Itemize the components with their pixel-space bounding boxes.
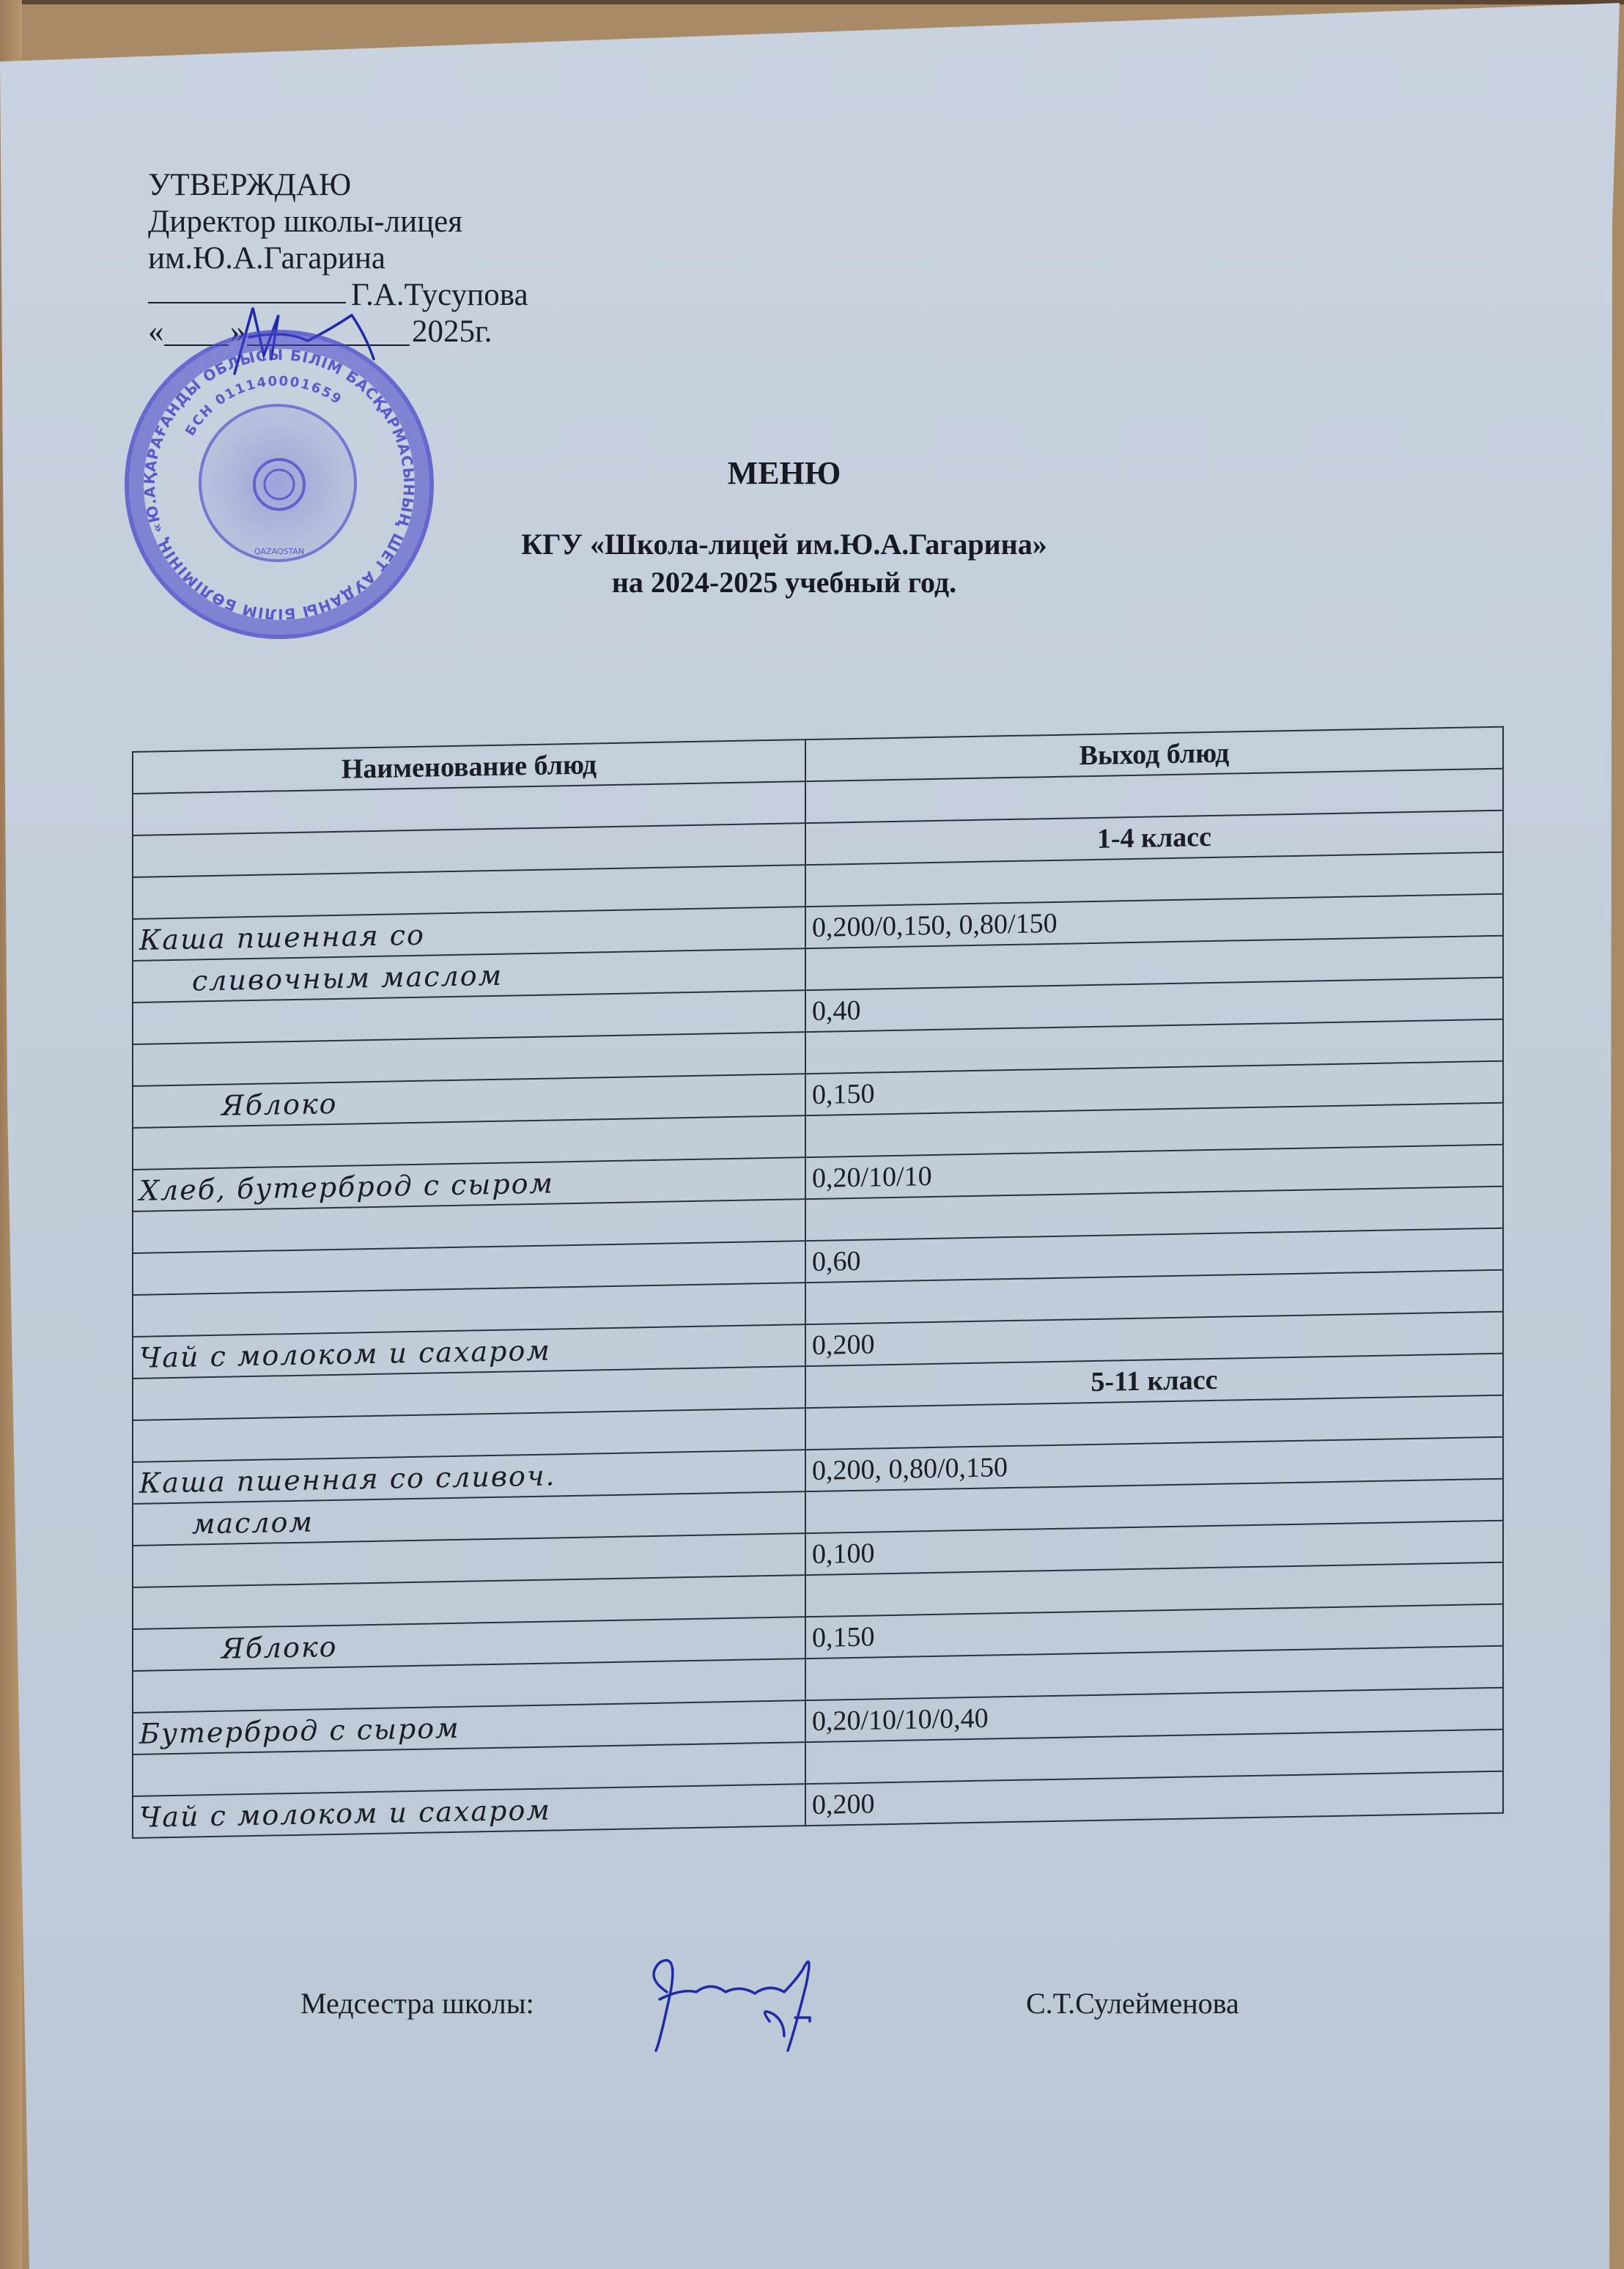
menu-table: Наименование блюд Выход блюд 1-4 классКа… [132,726,1504,1839]
official-stamp: ҚАРАҒАНДЫ ОБЛЫСЫ БІЛІМ БАСҚАРМАСЫНЫҢ ШЕТ… [125,330,434,639]
document-title-block: МЕНЮ КГУ «Школа-лицей им.Ю.А.Гагарина» н… [440,454,1129,602]
nurse-signature [638,1948,857,2058]
menu-table-container: Наименование блюд Выход блюд 1-4 классКа… [132,726,1502,1839]
nurse-name: С.Т.Сулейменова [1026,1986,1239,2021]
academic-year: на 2024-2025 учебный год. [440,564,1129,602]
approver-position-line1: Директор школы-лицея [148,204,462,240]
desk-background-top [0,0,1624,4]
organization-name: КГУ «Школа-лицей им.Ю.А.Гагарина» [440,525,1129,564]
nurse-label: Медсестра школы: [300,1986,534,2021]
approver-position-line2: им.Ю.А.Гагарина [148,240,462,277]
document-title: МЕНЮ [440,454,1129,492]
approval-heading: УТВЕРЖДАЮ [148,167,462,204]
nurse-signature-block: Медсестра школы: С.Т.Сулейменова [300,1970,1326,2058]
state-emblem-icon [199,404,357,562]
